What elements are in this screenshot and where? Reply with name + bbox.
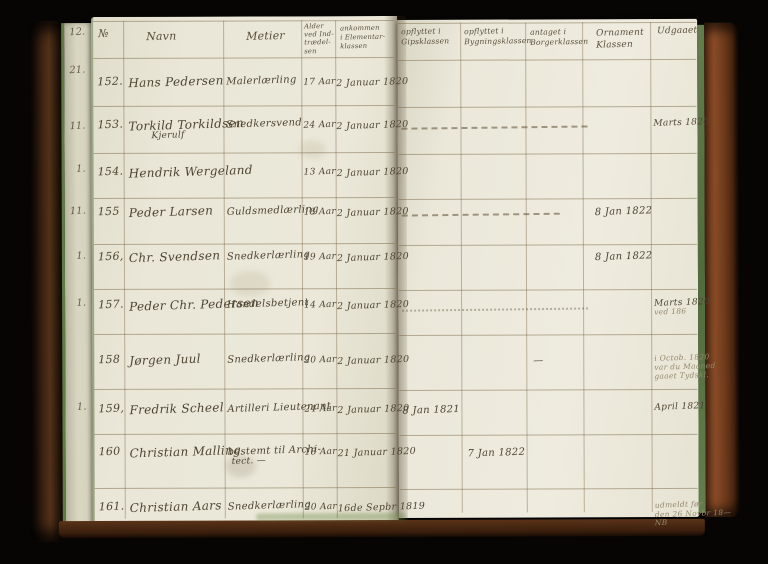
cell-udgaaet: ved 186 [654, 306, 687, 316]
cell-gips: 8 Jan 1821 [402, 404, 460, 417]
cell-age: 17 Aar [303, 77, 336, 88]
header-bygning: Bygningsklassen [464, 36, 532, 47]
cell-age: 19 Aar [304, 252, 337, 263]
page-right [397, 19, 699, 518]
cell-age: 14 Aar [304, 300, 337, 311]
cell-no: 158 [98, 353, 120, 367]
header-metier: Metier [246, 29, 285, 43]
header-elementar: ankommen [340, 24, 380, 33]
header-age: sen [304, 47, 317, 55]
cell-metier: Malerlærling [226, 74, 297, 87]
header-antaget: antaget i [530, 27, 566, 37]
cell-metier-line2: tect. — [231, 456, 266, 467]
cell-no: 156, [98, 250, 124, 264]
edge-page-number: 12. [61, 26, 86, 38]
header-age: trædel- [304, 38, 331, 47]
edge-page-number: 21. [61, 64, 86, 76]
header-elementar: i Elementar- [340, 33, 385, 42]
cell-date: 2 Januar 1820 [337, 403, 409, 416]
cell-name: Christian Aars [130, 498, 222, 515]
cell-no: 152. [97, 75, 123, 89]
header-elementar: klassen [340, 42, 367, 51]
cell-udgaaet: NB [655, 518, 668, 527]
cell-no: 154. [97, 165, 123, 179]
cell-udgaaet: gaaet Tydskl. [654, 370, 709, 381]
cell-no: 157. [98, 298, 124, 312]
photo-of-ledger: №NavnMetierAlderved Ind-trædel-senankomm… [0, 0, 768, 564]
cell-name: Fredrik Scheel [129, 400, 224, 417]
edge-page-number: 1. [61, 163, 86, 175]
edge-page-number: 1. [62, 297, 87, 309]
cell-udgaaet: April 1821 [654, 401, 705, 413]
open-ledger-book: №NavnMetierAlderved Ind-trædel-senankomm… [0, 0, 768, 564]
cell-ornament: 8 Jan 1822 [595, 250, 653, 263]
cell-name: Jørgen Juul [129, 352, 201, 368]
cell-date: 2 Januar 1820 [336, 76, 408, 89]
page-stain [230, 270, 270, 296]
header-antaget: Borgerklassen [530, 37, 588, 48]
cell-age: 13 Aar [303, 167, 336, 178]
page-stain [300, 140, 326, 158]
cell-name-line2: Kjerulf [151, 130, 185, 141]
cell-udgaaet: Marts 1820 [653, 117, 709, 129]
green-smear [256, 513, 406, 521]
header-ornament: Ornament [596, 28, 644, 39]
edge-page-number: 1. [62, 401, 87, 413]
cell-date: 2 Januar 1820 [336, 166, 408, 179]
header-udgaaet: Udgaaet [657, 26, 697, 37]
cell-date: 2 Januar 1820 [337, 206, 409, 219]
cell-age: 20 Aar [305, 502, 338, 513]
header-no: № [98, 27, 109, 40]
book-spine [29, 21, 64, 541]
edge-page-number: 1. [62, 250, 87, 262]
cell-age: 18 Aar [304, 207, 337, 218]
edge-page-number: 11. [61, 205, 86, 217]
cell-name: Peder Larsen [129, 203, 214, 220]
book-cover-bottom [59, 519, 705, 538]
cell-no: 160 [98, 445, 120, 459]
cell-age: 18 Aar [304, 447, 337, 458]
cell-age: 24 Aar [304, 404, 337, 415]
cell-date: 2 Januar 1820 [336, 119, 408, 132]
edge-page-number: 11. [61, 120, 86, 132]
cell-antaget: — [533, 355, 544, 366]
cell-no: 159, [98, 402, 124, 416]
cell-no: 155 [98, 205, 120, 219]
header-gips: Gipsklassen [401, 36, 449, 47]
cell-no: 161. [99, 500, 125, 514]
cell-date: 2 Januar 1820 [337, 299, 409, 312]
cell-ornament: 8 Jan 1822 [595, 205, 653, 218]
cell-bygning: 7 Jan 1822 [467, 447, 525, 460]
cell-name: Chr. Svendsen [129, 248, 221, 265]
header-gips: opflyttet i [401, 26, 441, 36]
cell-age: 20 Aar [304, 355, 337, 366]
cell-name: Hans Pedersen [128, 73, 224, 90]
header-bygning: opflyttet i [464, 26, 504, 36]
book-cover-right [704, 23, 740, 517]
cell-no: 153. [97, 118, 123, 132]
cell-date: 2 Januar 1820 [337, 354, 409, 367]
cell-age: 24 Aar [303, 120, 336, 131]
header-ornament: Klassen [596, 40, 633, 51]
cell-date: 2 Januar 1820 [337, 251, 409, 264]
header-name: Navn [146, 29, 177, 43]
